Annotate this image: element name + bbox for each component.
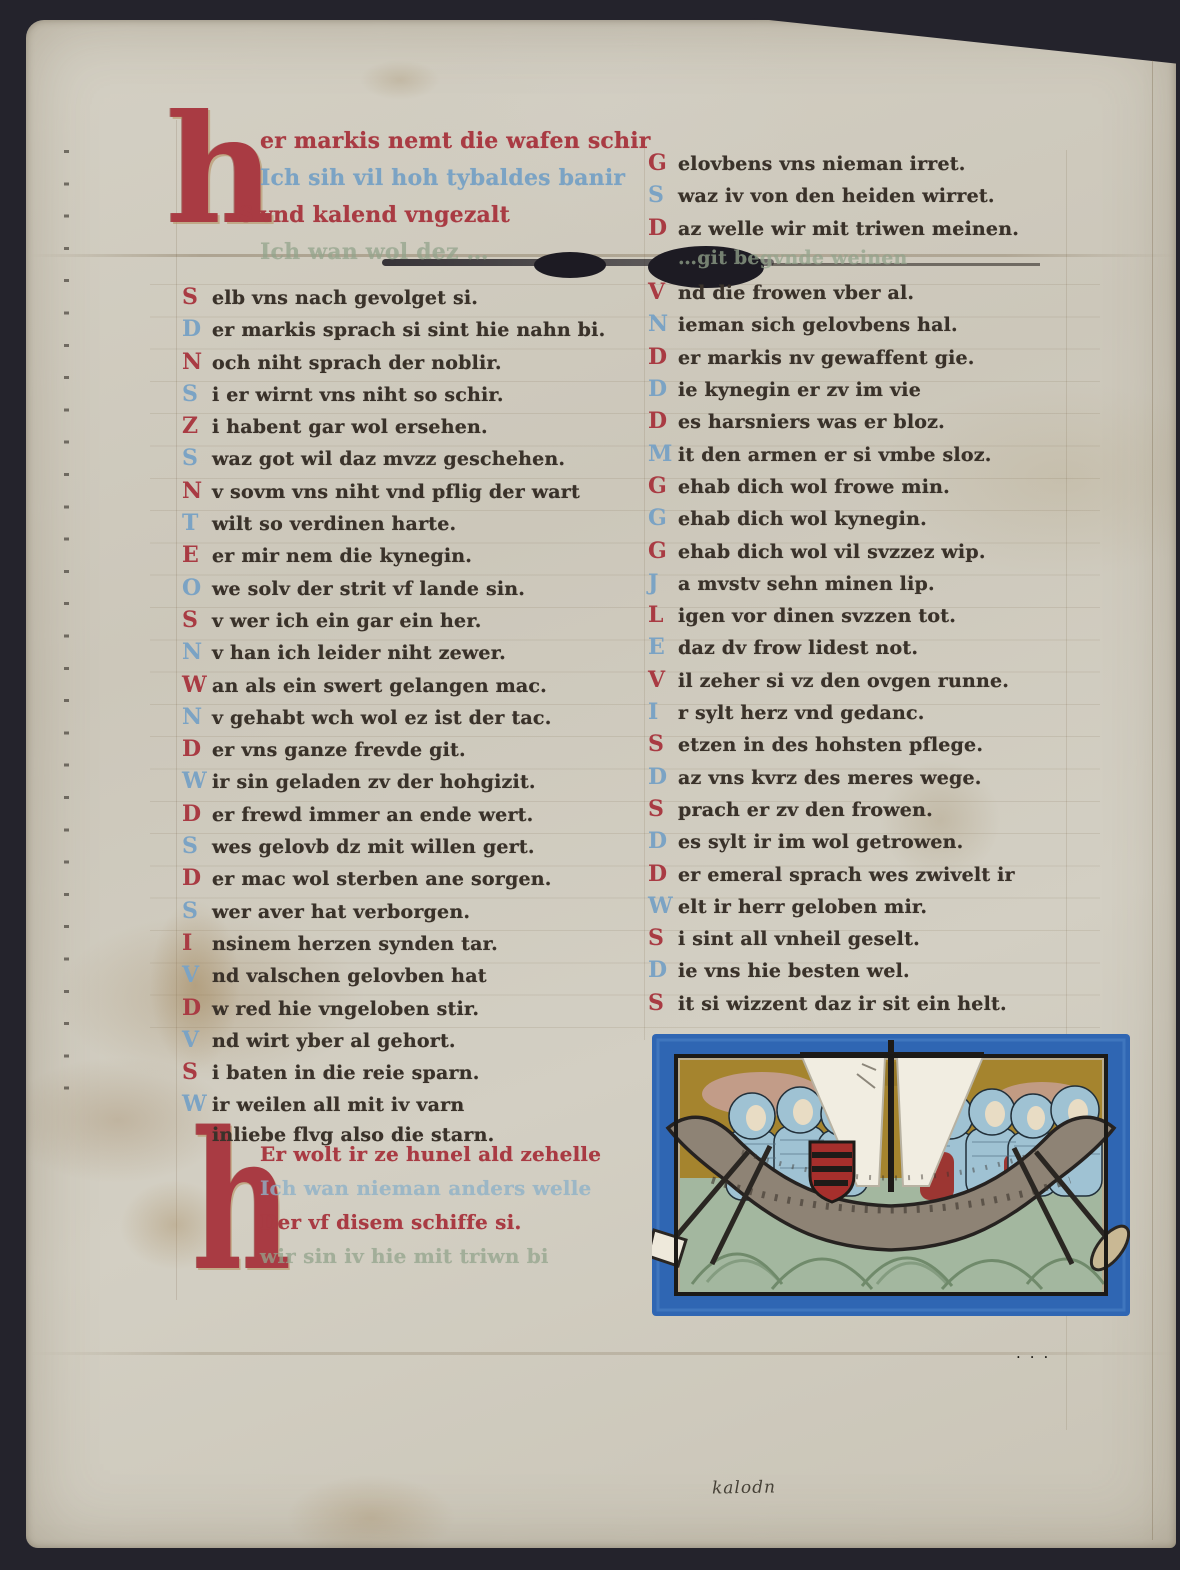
verse-initial: W xyxy=(182,672,212,698)
verse-text: i sint all vnheil geselt. xyxy=(678,928,920,950)
verse-initial: N xyxy=(182,349,212,375)
verse-text: daz dv frow lidest not. xyxy=(678,637,918,659)
verse-text: er frewd immer an ende wert. xyxy=(212,804,533,826)
verse-line: Welt ir herr geloben mir. xyxy=(648,893,1128,925)
verse-line: Nieman sich gelovbens hal. xyxy=(648,311,1128,343)
verse-line: …git begvnde weinen xyxy=(648,247,1128,279)
verse-initial: D xyxy=(648,344,678,370)
verse-initial: S xyxy=(182,1059,212,1085)
verse-line: Swer aver hat verborgen. xyxy=(182,898,682,930)
verse-line: Der mac wol sterben ane sorgen. xyxy=(182,865,682,897)
verse-text: nd wirt yber al gehort. xyxy=(212,1030,456,1052)
manuscript-photo: ... H H er markis nemt die wafen schirIc… xyxy=(0,0,1180,1570)
verse-initial: N xyxy=(182,478,212,504)
verse-line: wir sin iv hie mit triwn bi xyxy=(252,1244,682,1278)
verse-text: v sovm vns niht vnd pflig der wart xyxy=(212,481,580,503)
verse-initial: D xyxy=(648,408,678,434)
verse-text: er markis nemt die wafen schir xyxy=(260,128,651,154)
verse-line: Si er wirnt vns niht so schir. xyxy=(182,381,682,413)
verse-text: Ich wan wol dez … xyxy=(260,239,489,265)
verse-line: Des harsniers was er bloz. xyxy=(648,408,1128,440)
verse-initial: D xyxy=(182,865,212,891)
verse-line: Ja mvstv sehn minen lip. xyxy=(648,570,1128,602)
verse-line: Der markis sprach si sint hie nahn bi. xyxy=(182,316,682,348)
verse-text: igen vor dinen svzzen tot. xyxy=(678,605,956,627)
verse-line: Setzen in des hohsten pflege. xyxy=(648,731,1128,763)
verse-initial: V xyxy=(648,667,678,693)
verse-initial: S xyxy=(648,796,678,822)
verse-line: Sit si wizzent daz ir sit ein helt. xyxy=(648,990,1128,1022)
verse-text: Er wolt ir ze hunel ald zehelle xyxy=(260,1142,601,1166)
verse-text: ieman sich gelovbens hal. xyxy=(678,314,958,336)
verse-line: Gehab dich wol kynegin. xyxy=(648,505,1128,537)
verse-text: waz got wil daz mvzz geschehen. xyxy=(212,448,565,470)
verse-initial: V xyxy=(182,1027,212,1053)
verse-text: az vns kvrz des meres wege. xyxy=(678,767,982,789)
verse-text: wer aver hat verborgen. xyxy=(212,901,470,923)
verse-text: elb vns nach gevolget si. xyxy=(212,287,478,309)
verse-text: ie vns hie besten wel. xyxy=(678,960,910,982)
verse-line: Ich sih vil hoh tybaldes banir xyxy=(238,165,668,202)
verse-initial: S xyxy=(648,731,678,757)
verse-text: prach er zv den frowen. xyxy=(678,799,933,821)
shield xyxy=(810,1142,854,1202)
ink-specks: ... xyxy=(1016,1344,1057,1362)
verse-text: wes gelovb dz mit willen gert. xyxy=(212,836,535,858)
verse-line: Der emeral sprach wes zwivelt ir xyxy=(648,861,1128,893)
edge-crease xyxy=(1152,60,1153,1540)
verse-line: Noch niht sprach der noblir. xyxy=(182,349,682,381)
verse-initial: E xyxy=(648,634,678,660)
verse-initial: S xyxy=(182,381,212,407)
verse-text: ehab dich wol kynegin. xyxy=(678,508,927,530)
verse-initial: T xyxy=(182,510,212,536)
verse-line: Des sylt ir im wol getrowen. xyxy=(648,828,1128,860)
verse-initial: E xyxy=(182,542,212,568)
verse-line: Der vns ganze frevde git. xyxy=(182,736,682,768)
verse-initial: S xyxy=(648,925,678,951)
verse-line: Zi habent gar wol ersehen. xyxy=(182,413,682,445)
verse-line: Daz vns kvrz des meres wege. xyxy=(648,764,1128,796)
verse-text: w red hie vngeloben stir. xyxy=(212,998,479,1020)
verse-text: il zeher si vz den ovgen runne. xyxy=(678,670,1009,692)
verse-text: ir sin geladen zv der hohgizit. xyxy=(212,771,536,793)
verse-initial: G xyxy=(648,473,678,499)
verse-line: Nv gehabt wch wol ez ist der tac. xyxy=(182,704,682,736)
verse-line: Ir sylt herz vnd gedanc. xyxy=(648,699,1128,731)
verse-text: i baten in die reie sparn. xyxy=(212,1062,480,1084)
verse-text: ehab dich wol frowe min. xyxy=(678,476,950,498)
verse-initial: W xyxy=(648,893,678,919)
verse-line: er markis nemt die wafen schir xyxy=(238,128,668,165)
verse-text: i habent gar wol ersehen. xyxy=(212,416,488,438)
verse-text: nsinem herzen synden tar. xyxy=(212,933,498,955)
verse-line: Svnd kalend vngezalt xyxy=(238,202,668,239)
verse-line: Wir sin geladen zv der hohgizit. xyxy=(182,768,682,800)
verse-line: Vil zeher si vz den ovgen runne. xyxy=(648,667,1128,699)
verse-line: Swes gelovb dz mit willen gert. xyxy=(182,833,682,865)
verse-text: v gehabt wch wol ez ist der tac. xyxy=(212,707,552,729)
verse-initial: V xyxy=(648,279,678,305)
verse-text: v han ich leider niht zewer. xyxy=(212,642,506,664)
verse-initial: S xyxy=(238,202,260,228)
verse-line: Er wolt ir ze hunel ald zehelle xyxy=(252,1142,682,1176)
verse-line: Der vf disem schiffe si. xyxy=(252,1210,682,1244)
verse-line: Insinem herzen synden tar. xyxy=(182,930,682,962)
left-column-header: er markis nemt die wafen schirIch sih vi… xyxy=(238,128,668,276)
verse-initial: D xyxy=(648,215,678,241)
verse-initial: G xyxy=(648,538,678,564)
left-column-rubric: Er wolt ir ze hunel ald zehelleIch wan n… xyxy=(252,1142,682,1278)
verse-text: az welle wir mit triwen meinen. xyxy=(678,218,1019,240)
verse-text: elt ir herr geloben mir. xyxy=(678,896,927,918)
verse-line: Sv wer ich ein gar ein her. xyxy=(182,607,682,639)
verse-line: Nv han ich leider niht zewer. xyxy=(182,639,682,671)
verse-initial: D xyxy=(648,828,678,854)
verse-initial: S xyxy=(182,284,212,310)
verse-initial: D xyxy=(182,801,212,827)
verse-text: nd valschen gelovben hat xyxy=(212,965,487,987)
verse-line: Sprach er zv den frowen. xyxy=(648,796,1128,828)
verse-initial: S xyxy=(182,445,212,471)
verse-text: er mac wol sterben ane sorgen. xyxy=(212,868,552,890)
verse-initial: V xyxy=(182,962,212,988)
verse-initial: Z xyxy=(182,413,212,439)
verse-initial: D xyxy=(648,764,678,790)
verse-text: vnd kalend vngezalt xyxy=(260,202,510,228)
verse-text: er markis sprach si sint hie nahn bi. xyxy=(212,319,605,341)
verse-initial: S xyxy=(182,898,212,924)
ruling-vertical xyxy=(176,120,177,1300)
verse-initial: D xyxy=(648,957,678,983)
verse-initial: D xyxy=(648,376,678,402)
verse-text: wir sin iv hie mit triwn bi xyxy=(260,1244,549,1268)
verse-line: Swaz iv von den heiden wirret. xyxy=(648,182,1128,214)
prick-marks xyxy=(64,150,69,1110)
marginal-annotation: kalodn xyxy=(712,1477,776,1498)
verse-line: Der markis nv gewaffent gie. xyxy=(648,344,1128,376)
verse-line: Die vns hie besten wel. xyxy=(648,957,1128,989)
verse-line: Gelovbens vns nieman irret. xyxy=(648,150,1128,182)
verse-line: Wir weilen all mit iv varn xyxy=(182,1091,682,1123)
verse-line: Twilt so verdinen harte. xyxy=(182,510,682,542)
verse-line: Swaz got wil daz mvzz geschehen. xyxy=(182,445,682,477)
verse-initial: D xyxy=(648,861,678,887)
verse-line: Wan als ein swert gelangen mac. xyxy=(182,672,682,704)
verse-line: Vnd die frowen vber al. xyxy=(648,279,1128,311)
right-column-verses: Gelovbens vns nieman irret.Swaz iv von d… xyxy=(648,150,1128,1022)
verse-text: v wer ich ein gar ein her. xyxy=(212,610,482,632)
verse-initial: S xyxy=(182,833,212,859)
verse-initial: W xyxy=(182,1091,212,1117)
verse-initial: S xyxy=(648,990,678,1016)
verse-initial: D xyxy=(182,316,212,342)
verse-initial: S xyxy=(648,182,678,208)
verse-initial: S xyxy=(182,607,212,633)
verse-line: Vnd valschen gelovben hat xyxy=(182,962,682,994)
verse-initial: G xyxy=(648,505,678,531)
verse-initial: D xyxy=(182,736,212,762)
verse-text: ehab dich wol vil svzzez wip. xyxy=(678,541,986,563)
verse-line: Si baten in die reie sparn. xyxy=(182,1059,682,1091)
verse-initial: N xyxy=(182,704,212,730)
verse-text: Der vf disem schiffe si. xyxy=(260,1210,522,1234)
verse-text: Ich wan nieman anders welle xyxy=(260,1176,591,1200)
verse-initial: J xyxy=(648,570,678,596)
verse-text: wilt so verdinen harte. xyxy=(212,513,456,535)
verse-text: etzen in des hohsten pflege. xyxy=(678,734,983,756)
verse-text: elovbens vns nieman irret. xyxy=(678,153,966,175)
verse-text: it den armen er si vmbe sloz. xyxy=(678,444,992,466)
verse-initial: G xyxy=(648,150,678,176)
verse-line: Si sint all vnheil geselt. xyxy=(648,925,1128,957)
verse-text: er vns ganze frevde git. xyxy=(212,739,466,761)
verse-line: Ich wan wol dez … xyxy=(238,239,668,276)
verse-text: waz iv von den heiden wirret. xyxy=(678,185,995,207)
verse-text: er emeral sprach wes zwivelt ir xyxy=(678,864,1015,886)
verse-line: Mit den armen er si vmbe sloz. xyxy=(648,441,1128,473)
verse-text: Ich sih vil hoh tybaldes banir xyxy=(260,165,625,191)
verse-line: Der frewd immer an ende wert. xyxy=(182,801,682,833)
verse-text: i er wirnt vns niht so schir. xyxy=(212,384,504,406)
verse-text: och niht sprach der noblir. xyxy=(212,352,502,374)
verse-line: Ligen vor dinen svzzen tot. xyxy=(648,602,1128,634)
verse-line: Vnd wirt yber al gehort. xyxy=(182,1027,682,1059)
verse-text: ir weilen all mit iv varn xyxy=(212,1094,464,1116)
verse-line: Gehab dich wol frowe min. xyxy=(648,473,1128,505)
verse-text: we solv der strit vf lande sin. xyxy=(212,578,525,600)
verse-line: Nv sovm vns niht vnd pflig der wart xyxy=(182,478,682,510)
verse-text: es sylt ir im wol getrowen. xyxy=(678,831,964,853)
verse-text: er markis nv gewaffent gie. xyxy=(678,347,975,369)
verse-line: Die kynegin er zv im vie xyxy=(648,376,1128,408)
verse-text: es harsniers was er bloz. xyxy=(678,411,945,433)
verse-line: Selb vns nach gevolget si. xyxy=(182,284,682,316)
verse-initial: M xyxy=(648,441,678,467)
verse-initial: W xyxy=(182,768,212,794)
verse-initial: D xyxy=(182,995,212,1021)
verse-line: Gehab dich wol vil svzzez wip. xyxy=(648,538,1128,570)
verse-initial: N xyxy=(648,311,678,337)
verse-initial: O xyxy=(182,575,212,601)
verse-line: Owe solv der strit vf lande sin. xyxy=(182,575,682,607)
verse-initial: N xyxy=(182,639,212,665)
left-column-verses: Selb vns nach gevolget si.Der markis spr… xyxy=(182,284,682,1156)
verse-line: Dw red hie vngeloben stir. xyxy=(182,995,682,1027)
verse-text: ie kynegin er zv im vie xyxy=(678,379,921,401)
verse-text: …git begvnde weinen xyxy=(678,247,908,269)
verse-text: a mvstv sehn minen lip. xyxy=(678,573,935,595)
verse-line: Daz welle wir mit triwen meinen. xyxy=(648,215,1128,247)
verse-initial: L xyxy=(648,602,678,628)
verse-initial: I xyxy=(648,699,678,725)
verse-line: Eer mir nem die kynegin. xyxy=(182,542,682,574)
fold-crease xyxy=(30,1352,1176,1355)
verse-text: er mir nem die kynegin. xyxy=(212,545,472,567)
verse-text: r sylt herz vnd gedanc. xyxy=(678,702,925,724)
verse-line: Edaz dv frow lidest not. xyxy=(648,634,1128,666)
verse-text: an als ein swert gelangen mac. xyxy=(212,675,547,697)
verse-text: nd die frowen vber al. xyxy=(678,282,914,304)
verse-text: it si wizzent daz ir sit ein helt. xyxy=(678,993,1007,1015)
miniature-boat-scene xyxy=(652,1034,1130,1316)
verse-line: Ich wan nieman anders welle xyxy=(252,1176,682,1210)
verse-initial: I xyxy=(182,930,212,956)
